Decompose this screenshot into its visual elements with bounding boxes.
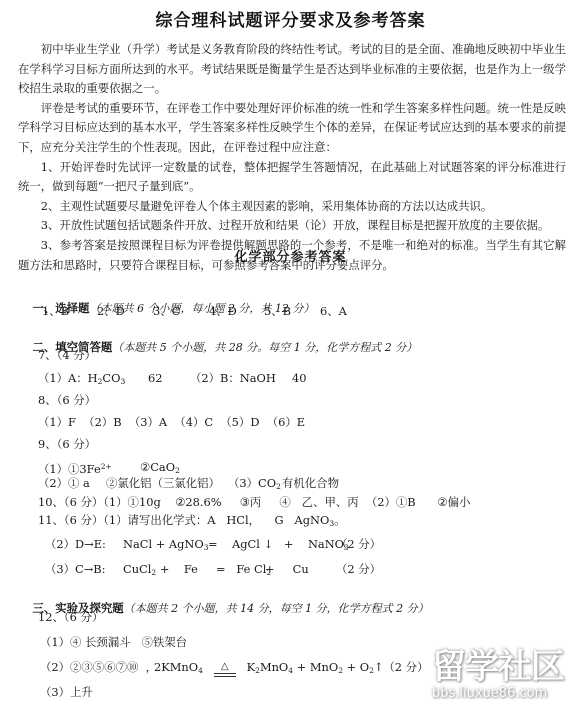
- q11-line1: 11、（6 分）（1）请写出化学式：A HCl， G AgNO3。: [38, 512, 346, 532]
- q12-equation: 2KMnO4 △ K2MnO4 + MnO2 + O2↑（2 分）: [154, 659, 428, 679]
- answer: 2、D: [97, 303, 125, 319]
- intro-paragraph: 2、主观性试题要尽量避免评卷人个体主观因素的影响，采用集体协商的方法以达成共识。: [18, 197, 566, 217]
- part3-note: （本题共 2 个小题，共 14 分，每空 1 分，化学方程式 2 分）: [124, 602, 429, 615]
- eq-product: K: [247, 660, 256, 674]
- delta-symbol: △: [221, 661, 229, 672]
- watermark-logo: 留学社区: [432, 648, 581, 686]
- intro-paragraph: 评卷是考试的重要环节，在评卷工作中要处理好评价标准的统一性和学生答案多样性问题。…: [18, 99, 566, 158]
- eq-product: + O: [343, 660, 369, 674]
- q10-line: 10、（6 分）（1）①10g ②28.6% ③丙 ④ 乙、甲、丙 （2）①B …: [38, 494, 470, 510]
- section-title: 化学部分参考答案: [0, 246, 581, 265]
- heat-delta-icon: △: [214, 662, 236, 677]
- q11-line2b: NaCl + AgNO3: [123, 536, 209, 556]
- eq-product: + MnO: [293, 660, 338, 674]
- q11-l3b: CuCl: [123, 562, 151, 576]
- q7-answer-line: （1）A：H2CO3: [38, 370, 125, 390]
- q12-line1: （1）④ 长颈漏斗 ⑤铁架台: [40, 634, 187, 650]
- q11-line2c: = AgCl ↓ + NaNO3: [208, 536, 349, 556]
- q12-line2a: （2）②③⑤⑥⑦⑩ ，: [40, 659, 157, 675]
- q7-a1: （1）A：H: [38, 371, 98, 385]
- eq-reactant: 2KMnO: [154, 660, 198, 674]
- watermark: 留学社区 bbs.liuxue86.com: [432, 648, 581, 715]
- q12-line3: （3）上升: [40, 684, 93, 700]
- subscript: 2: [175, 466, 180, 475]
- q11-line3e: （2 分）: [336, 561, 381, 577]
- q7-label: 7、（4 分）: [38, 347, 96, 363]
- q11-line3a: （3）C→B:: [45, 561, 106, 577]
- q9-line2d: 有机化合物: [282, 475, 339, 491]
- q7-value: 40: [292, 370, 307, 386]
- eq-product: MnO: [260, 660, 288, 674]
- page-title: 综合理科试题评分要求及参考答案: [0, 6, 581, 31]
- q11-line3b: CuCl2 + Fe = Fe Cl2: [123, 561, 271, 581]
- answer: 3、C: [153, 303, 180, 319]
- q8-answers: （1）F （2）B （3）A （4）C （5）D （6）E: [38, 414, 305, 430]
- subscript: 2: [276, 482, 281, 491]
- subscript: 3: [120, 377, 125, 386]
- answer: 5、B: [264, 303, 291, 319]
- q11-l1a: 11、（6 分）（1）请写出化学式：A HCl， G AgNO: [38, 513, 329, 527]
- eq-score: ↑（2 分）: [374, 660, 429, 674]
- intro-paragraph: 1、开始评卷时先试评一定数量的试卷，整体把握学生答题情况，在此基础上对试题答案的…: [18, 158, 566, 197]
- q11-l2b: NaCl + AgNO: [123, 537, 204, 551]
- q7-a2: （2）B：NaOH: [190, 370, 276, 386]
- q11-l2c: = AgCl ↓ + NaNO: [208, 537, 344, 551]
- q7-value: 62: [148, 370, 163, 386]
- q9-l2c: （3）CO: [228, 476, 276, 490]
- q11-line2d: （2 分）: [336, 536, 381, 552]
- q9-label: 9、（6 分）: [38, 436, 96, 452]
- document-page: 综合理科试题评分要求及参考答案 初中毕业生学业（升学）考试是义务教育阶段的终结性…: [0, 0, 581, 715]
- q9-l1a: （1）①3Fe: [38, 462, 101, 476]
- q11-line2a: （2）D→E:: [45, 536, 106, 552]
- q7-a1b: CO: [102, 371, 120, 385]
- q9-line2c: （3）CO2: [228, 475, 281, 495]
- answer: 1、B: [42, 303, 69, 319]
- q12-label: 12、（6 分）: [38, 609, 103, 625]
- intro-section: 初中毕业生学业（升学）考试是义务教育阶段的终结性考试。考试的目的是全面、准确地反…: [18, 40, 566, 275]
- q11-l1end: 。: [334, 513, 345, 527]
- part2-note: （本题共 5 个小题，共 28 分。每空 1 分，化学方程式 2 分）: [112, 341, 417, 354]
- equals-bar: [214, 673, 236, 677]
- q8-label: 8、（6 分）: [38, 392, 96, 408]
- q11-line3d: + Cu: [265, 561, 309, 577]
- q9-line2b: ②氯化铝（三氯化铝）: [106, 475, 220, 491]
- intro-paragraph: 3、开放性试题包括试题条件开放、过程开放和结果（论）开放，课程目标是把握开放度的…: [18, 216, 566, 236]
- answer: 4、D: [209, 303, 237, 319]
- superscript: 2+: [101, 462, 112, 471]
- subscript: 4: [198, 666, 203, 675]
- answer: 6、A: [320, 303, 347, 319]
- q9-l1b: ②CaO: [140, 460, 175, 474]
- q9-line2a: （2）① a: [38, 475, 90, 491]
- watermark-url: bbs.liuxue86.com: [432, 686, 581, 702]
- q11-l3c: + Fe = Fe Cl: [156, 562, 266, 576]
- intro-paragraph: 初中毕业生学业（升学）考试是义务教育阶段的终结性考试。考试的目的是全面、准确地反…: [18, 40, 566, 99]
